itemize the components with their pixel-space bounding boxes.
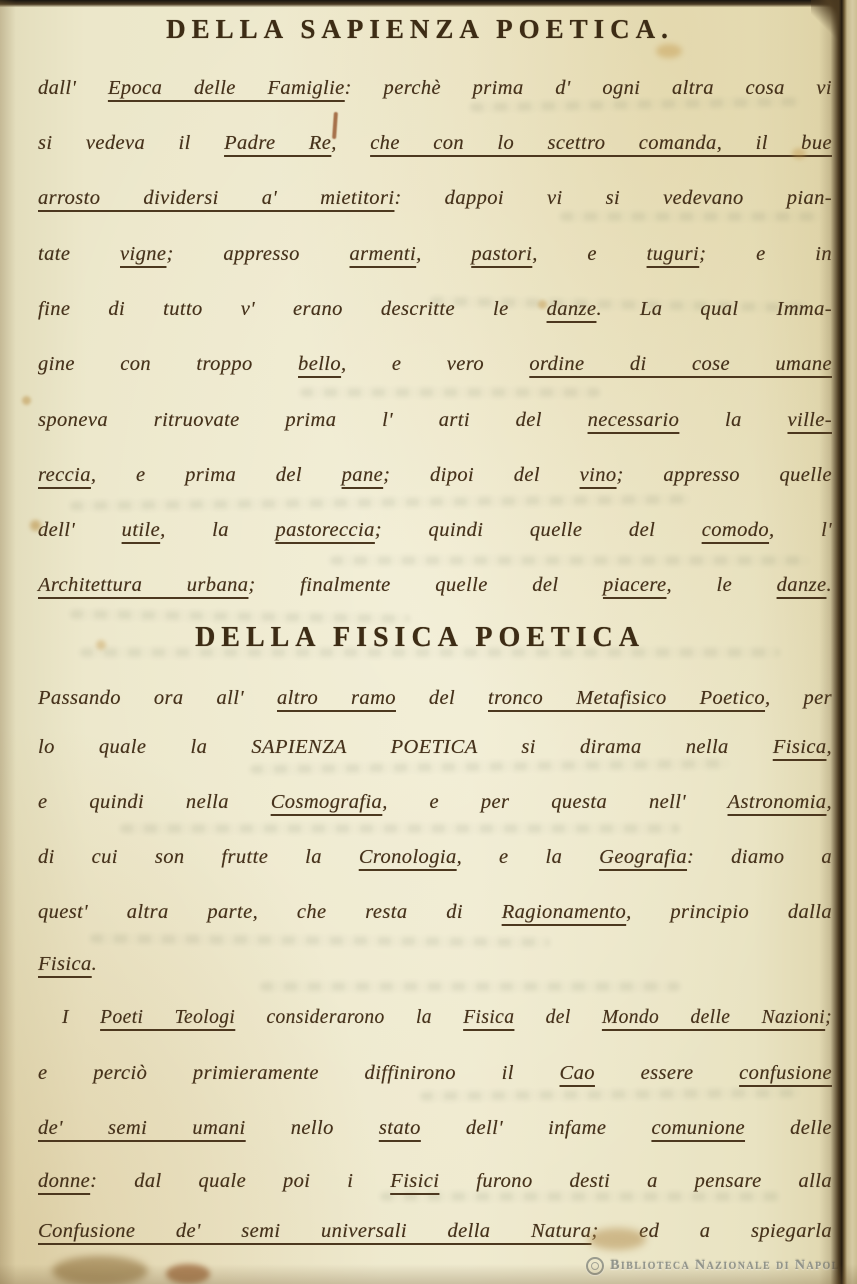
manuscript-line-10: Architettura urbana; finalmente quelle d…	[38, 565, 832, 607]
manuscript-line-9: dell' utile, la pastoreccia; quindi quel…	[38, 510, 832, 552]
foxing-spot	[22, 396, 31, 405]
manuscript-line-2: si vedeva il Padre Re, che con lo scettr…	[38, 123, 832, 165]
manuscript-line-14: di cui son frutte la Cronologia, e la Ge…	[38, 837, 832, 879]
manuscript-page: DELLA SAPIENZA POETICA. dall' Epoca dell…	[0, 0, 857, 1284]
manuscript-line-5: fine di tutto v' erano descritte le danz…	[38, 289, 832, 331]
foxing-spot	[96, 640, 106, 650]
page-left-shadow	[0, 0, 16, 1284]
manuscript-line-3: arrosto dividersi a' mietitori: dappoi v…	[38, 178, 832, 220]
manuscript-line-13: e quindi nella Cosmografia, e per questa…	[38, 782, 832, 824]
manuscript-line-6: gine con troppo bello, e vero ordine di …	[38, 344, 832, 386]
manuscript-line-19: de' semi umani nello stato dell' infame …	[38, 1108, 832, 1150]
foxing-spot	[538, 300, 547, 309]
page-title: DELLA SAPIENZA POETICA.	[40, 14, 800, 45]
manuscript-line-17: I Poeti Teologi considerarono la Fisica …	[38, 998, 832, 1040]
manuscript-line-18: e perciò primieramente diffinirono il Ca…	[38, 1053, 832, 1095]
manuscript-line-8: reccia, e prima del pane; dipoi del vino…	[38, 455, 832, 497]
margin-stain	[588, 1228, 646, 1250]
manuscript-line-21: Confusione de' semi universali della Nat…	[38, 1211, 832, 1253]
manuscript-line-20: donne: dal quale poi i Fisici furono des…	[38, 1161, 832, 1203]
book-gutter	[819, 0, 857, 1284]
manuscript-line-15: quest' altra parte, che resta di Ragiona…	[38, 892, 832, 934]
manuscript-line-11: Passando ora all' altro ramo del tronco …	[38, 678, 832, 720]
bleed-through-mark	[120, 824, 680, 833]
section-heading: DELLA FISICA POETICA	[40, 622, 800, 654]
foxing-spot	[656, 44, 682, 58]
bleed-through-mark	[70, 495, 690, 510]
page-bottom-shadow	[0, 1264, 857, 1284]
manuscript-line-16: Fisica.	[38, 944, 832, 986]
bleed-through-mark	[300, 388, 600, 397]
manuscript-line-7: sponeva ritruovate prima l' arti del nec…	[38, 400, 832, 442]
manuscript-line-12: lo quale la SAPIENZA POETICA si dirama n…	[38, 727, 832, 769]
bleed-through-mark	[330, 556, 810, 565]
foxing-spot	[30, 520, 41, 531]
manuscript-line-1: dall' Epoca delle Famiglie: perchè prima…	[38, 68, 832, 110]
manuscript-line-4: tate vigne; appresso armenti, pastori, e…	[38, 234, 832, 276]
foxing-spot	[792, 148, 806, 159]
page-top-edge	[0, 0, 857, 7]
